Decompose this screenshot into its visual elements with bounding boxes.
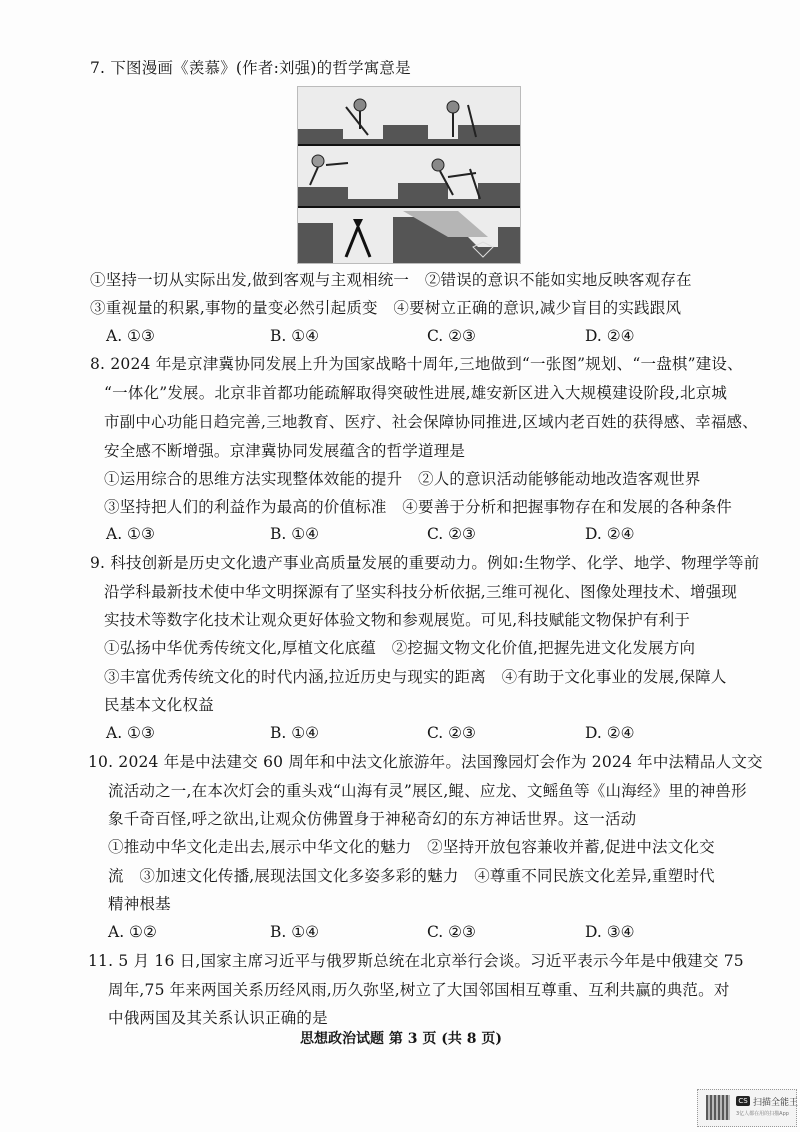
q7-statements-line-2: ③重视量的积累,事物的量变必然引起质变 ④要树立正确的意识,减少盲目的实践跟风 bbox=[90, 298, 681, 318]
q11-stem-line-1: 11. 5 月 16 日,国家主席习近平与俄罗斯总统在北京举行会谈。习近平表示今… bbox=[88, 951, 744, 971]
q7-option-c[interactable]: C. ②③ bbox=[427, 326, 476, 346]
qr-code-icon bbox=[706, 1095, 730, 1120]
q10-option-b[interactable]: B. ①④ bbox=[270, 922, 319, 942]
q11-stem-line-2: 周年,75 年来两国关系历经风雨,历久弥坚,树立了大国邻国相互尊重、互利共赢的典… bbox=[108, 980, 730, 1000]
q8-statements-line-2: ③坚持把人们的利益作为最高的价值标准 ④要善于分析和把握事物存在和发展的各种条件 bbox=[104, 497, 732, 517]
q9-stem-line-3: 实技术等数字化技术让观众更好体验文物和参观展览。可见,科技赋能文物保护有利于 bbox=[104, 610, 690, 630]
watermark-brand: 扫描全能王 bbox=[753, 1095, 798, 1108]
q8-stem-line-4: 安全感不断增强。京津冀协同发展蕴含的哲学道理是 bbox=[104, 441, 465, 461]
q9-statements-line-2: ③丰富优秀传统文化的时代内涵,拉近历史与现实的距离 ④有助于文化事业的发展,保障… bbox=[104, 667, 727, 687]
cartoon-drawing-icon bbox=[298, 87, 520, 263]
q8-stem-line-3: 市副中心功能日趋完善,三地教育、医疗、社会保障协同推进,区域内老百姓的获得感、幸… bbox=[104, 412, 758, 432]
q8-statements-line-1: ①运用综合的思维方法实现整体效能的提升 ②人的意识活动能够能动地改造客观世界 bbox=[104, 469, 701, 489]
q8-option-a[interactable]: A. ①③ bbox=[106, 524, 155, 544]
q9-option-b[interactable]: B. ①④ bbox=[270, 723, 319, 743]
q10-stem-line-1: 10. 2024 年是中法建交 60 周年和中法文化旅游年。法国豫园灯会作为 2… bbox=[88, 752, 763, 772]
q10-statements-line-2: 流 ③加速文化传播,展现法国文化多姿多彩的魅力 ④尊重不同民族文化差异,重塑时代 bbox=[108, 866, 715, 886]
q8-option-d[interactable]: D. ②④ bbox=[585, 524, 635, 544]
cartoon-image bbox=[297, 86, 521, 264]
q10-option-d[interactable]: D. ③④ bbox=[585, 922, 635, 942]
q9-option-d[interactable]: D. ②④ bbox=[585, 723, 635, 743]
q7-option-b[interactable]: B. ①④ bbox=[270, 326, 319, 346]
scanner-watermark: CS 扫描全能王 3亿人都在用的扫描App bbox=[697, 1089, 797, 1127]
q9-option-a[interactable]: A. ①③ bbox=[106, 723, 155, 743]
q8-option-c[interactable]: C. ②③ bbox=[427, 524, 476, 544]
q9-stem-line-1: 9. 科技创新是历史文化遗产事业高质量发展的重要动力。例如:生物学、化学、地学、… bbox=[90, 553, 759, 573]
q7-option-a[interactable]: A. ①③ bbox=[106, 326, 155, 346]
q8-option-b[interactable]: B. ①④ bbox=[270, 524, 319, 544]
q7-stem-line-1: 7. 下图漫画《羡慕》(作者:刘强)的哲学寓意是 bbox=[90, 58, 411, 78]
page-footer: 思想政治试题 第 3 页 (共 8 页) bbox=[300, 1030, 502, 1048]
q9-option-c[interactable]: C. ②③ bbox=[427, 723, 476, 743]
q7-option-d[interactable]: D. ②④ bbox=[585, 326, 635, 346]
q11-stem-line-3: 中俄两国及其关系认识正确的是 bbox=[108, 1008, 328, 1028]
q10-statements-line-1: ①推动中华文化走出去,展示中华文化的魅力 ②坚持开放包容兼收并蓄,促进中法文化交 bbox=[108, 837, 715, 857]
q8-stem-line-2: “一体化”发展。北京非首都功能疏解取得突破性进展,雄安新区进入大规模建设阶段,北… bbox=[104, 383, 727, 403]
q10-stem-line-3: 象千奇百怪,呼之欲出,让观众仿佛置身于神秘奇幻的东方神话世界。这一活动 bbox=[108, 809, 636, 829]
q9-stem-line-2: 沿学科最新技术使中华文明探源有了坚实科技分析依据,三维可视化、图像处理技术、增强… bbox=[104, 582, 737, 602]
q9-statements-line-1: ①弘扬中华优秀传统文化,厚植文化底蕴 ②挖掘文物文化价值,把握先进文化发展方向 bbox=[104, 638, 695, 658]
q9-statements-line-3: 民基本文化权益 bbox=[104, 695, 214, 715]
q8-stem-line-1: 8. 2024 年是京津冀协同发展上升为国家战略十周年,三地做到“一张图”规划、… bbox=[90, 354, 743, 374]
q10-option-a[interactable]: A. ①② bbox=[108, 922, 157, 942]
q10-statements-line-3: 精神根基 bbox=[108, 894, 171, 914]
q10-stem-line-2: 流活动之一,在本次灯会的重头戏“山海有灵”展区,鲲、应龙、文鳐鱼等《山海经》里的… bbox=[108, 781, 747, 801]
q7-statements-line-1: ①坚持一切从实际出发,做到客观与主观相统一 ②错误的意识不能如实地反映客观存在 bbox=[90, 270, 692, 290]
camscanner-logo-icon: CS bbox=[736, 1096, 750, 1106]
watermark-tagline: 3亿人都在用的扫描App bbox=[736, 1110, 789, 1117]
q10-option-c[interactable]: C. ②③ bbox=[427, 922, 476, 942]
